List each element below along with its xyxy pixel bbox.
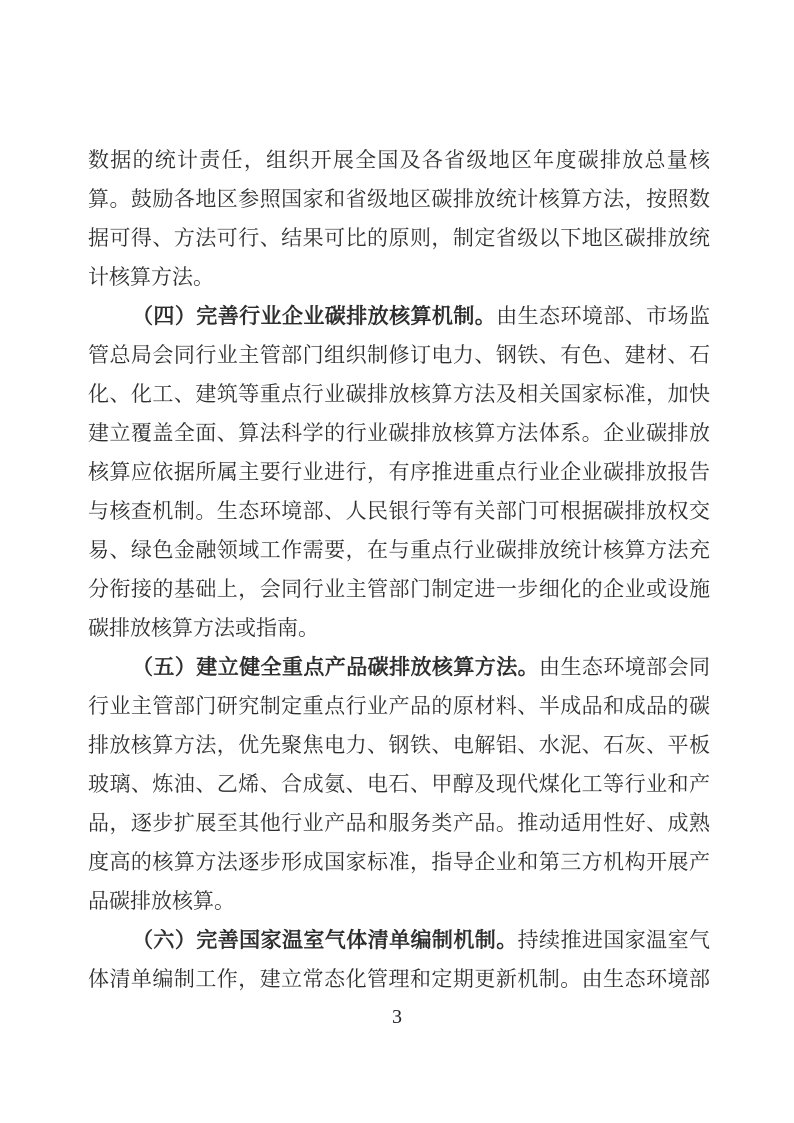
text-line: 核算应依据所属主要行业进行，有序推进重点行业企业碳排放报告	[88, 453, 710, 492]
line-text: 品，逐步扩展至其他行业产品和服务类产品。推动适用性好、成熟	[88, 811, 710, 835]
line-text: 分衔接的基础上，会同行业主管部门制定进一步细化的企业或设施	[88, 577, 710, 601]
text-line: 行业主管部门研究制定重点行业产品的原材料、半成品和成品的碳	[88, 687, 710, 726]
page-number: 3	[0, 1003, 794, 1031]
text-line: 排放核算方法，优先聚焦电力、钢铁、电解铝、水泥、石灰、平板	[88, 726, 710, 765]
line-text: 品碳排放核算。	[88, 889, 235, 913]
text-line: 度高的核算方法逐步形成国家标准，指导企业和第三方机构开展产	[88, 843, 710, 882]
line-text: 持续推进国家温室气	[518, 928, 710, 952]
text-line: 据可得、方法可行、结果可比的原则，制定省级以下地区碳排放统	[88, 219, 710, 258]
line-text: 建立覆盖全面、算法科学的行业碳排放核算方法体系。企业碳排放	[88, 421, 710, 445]
text-line: 计核算方法。	[88, 258, 710, 297]
line-text: 由生态环境部会同	[539, 655, 710, 679]
text-line: 建立覆盖全面、算法科学的行业碳排放核算方法体系。企业碳排放	[88, 414, 710, 453]
text-line: 玻璃、炼油、乙烯、合成氨、电石、甲醇及现代煤化工等行业和产	[88, 765, 710, 804]
text-line: 易、绿色金融领域工作需要，在与重点行业碳排放统计核算方法充	[88, 531, 710, 570]
line-text: 玻璃、炼油、乙烯、合成氨、电石、甲醇及现代煤化工等行业和产	[88, 772, 710, 796]
text-line: 品，逐步扩展至其他行业产品和服务类产品。推动适用性好、成熟	[88, 804, 710, 843]
text-line: 数据的统计责任，组织开展全国及各省级地区年度碳排放总量核	[88, 141, 710, 180]
text-line: 碳排放核算方法或指南。	[88, 609, 710, 648]
text-line: 管总局会同行业主管部门组织制修订电力、钢铁、有色、建材、石	[88, 336, 710, 375]
line-text: 算。鼓励各地区参照国家和省级地区碳排放统计核算方法，按照数	[88, 187, 710, 211]
line-text: 数据的统计责任，组织开展全国及各省级地区年度碳排放总量核	[88, 148, 710, 172]
line-text: 度高的核算方法逐步形成国家标准，指导企业和第三方机构开展产	[88, 850, 710, 874]
text-line: 算。鼓励各地区参照国家和省级地区碳排放统计核算方法，按照数	[88, 180, 710, 219]
text-line: （四）完善行业企业碳排放核算机制。由生态环境部、市场监	[88, 297, 710, 336]
line-text: 化、化工、建筑等重点行业碳排放核算方法及相关国家标准，加快	[88, 382, 710, 406]
paragraph-section-4: （四）完善行业企业碳排放核算机制。由生态环境部、市场监管总局会同行业主管部门组织…	[88, 297, 710, 648]
line-text: 易、绿色金融领域工作需要，在与重点行业碳排放统计核算方法充	[88, 538, 710, 562]
line-text: 管总局会同行业主管部门组织制修订电力、钢铁、有色、建材、石	[88, 343, 710, 367]
section-heading: （四）完善行业企业碳排放核算机制。	[132, 304, 496, 328]
line-text: 据可得、方法可行、结果可比的原则，制定省级以下地区碳排放统	[88, 226, 710, 250]
text-line: 化、化工、建筑等重点行业碳排放核算方法及相关国家标准，加快	[88, 375, 710, 414]
text-line: 分衔接的基础上，会同行业主管部门制定进一步细化的企业或设施	[88, 570, 710, 609]
paragraph-section-5: （五）建立健全重点产品碳排放核算方法。由生态环境部会同行业主管部门研究制定重点行…	[88, 648, 710, 921]
document-page: 数据的统计责任，组织开展全国及各省级地区年度碳排放总量核算。鼓励各地区参照国家和…	[0, 0, 794, 1123]
section-heading: （五）建立健全重点产品碳排放核算方法。	[132, 655, 539, 679]
text-line: 体清单编制工作，建立常态化管理和定期更新机制。由生态环境部	[88, 960, 710, 999]
section-heading: （六）完善国家温室气体清单编制机制。	[132, 928, 518, 952]
text-line: 与核查机制。生态环境部、人民银行等有关部门可根据碳排放权交	[88, 492, 710, 531]
line-text: 由生态环境部、市场监	[496, 304, 710, 328]
paragraph-section-6: （六）完善国家温室气体清单编制机制。持续推进国家温室气体清单编制工作，建立常态化…	[88, 921, 710, 999]
paragraph-continuation: 数据的统计责任，组织开展全国及各省级地区年度碳排放总量核算。鼓励各地区参照国家和…	[88, 141, 710, 297]
text-line: （五）建立健全重点产品碳排放核算方法。由生态环境部会同	[88, 648, 710, 687]
line-text: 行业主管部门研究制定重点行业产品的原材料、半成品和成品的碳	[88, 694, 710, 718]
line-text: 排放核算方法，优先聚焦电力、钢铁、电解铝、水泥、石灰、平板	[88, 733, 710, 757]
line-text: 碳排放核算方法或指南。	[88, 616, 319, 640]
line-text: 核算应依据所属主要行业进行，有序推进重点行业企业碳排放报告	[88, 460, 710, 484]
line-text: 与核查机制。生态环境部、人民银行等有关部门可根据碳排放权交	[88, 499, 710, 523]
line-text: 计核算方法。	[88, 265, 214, 289]
text-block: 数据的统计责任，组织开展全国及各省级地区年度碳排放总量核算。鼓励各地区参照国家和…	[88, 141, 710, 999]
text-line: （六）完善国家温室气体清单编制机制。持续推进国家温室气	[88, 921, 710, 960]
line-text: 体清单编制工作，建立常态化管理和定期更新机制。由生态环境部	[88, 967, 710, 991]
text-line: 品碳排放核算。	[88, 882, 710, 921]
